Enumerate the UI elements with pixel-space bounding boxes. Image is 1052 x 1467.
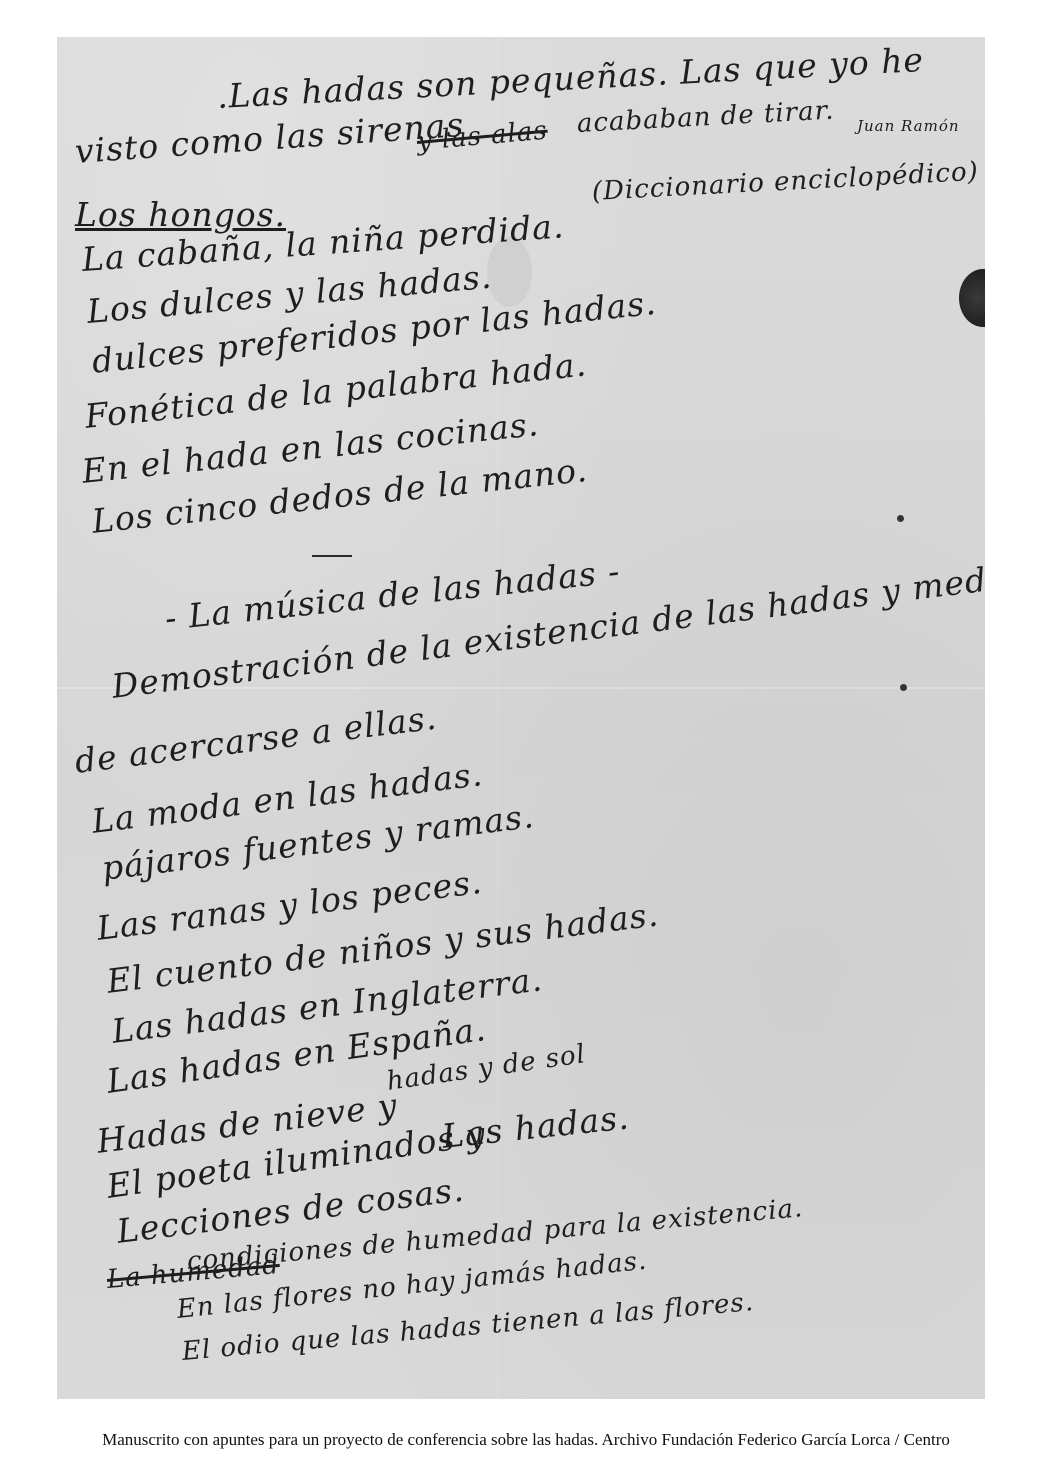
manuscript-image: .Las hadas son pequeñas. Las que yo he v… [57,37,985,1399]
image-caption: Manuscrito con apuntes para un proyecto … [0,1430,1052,1450]
manuscript-line: visto como las sirenas [74,105,466,171]
punch-hole [959,269,985,327]
separator-dash [312,555,352,557]
manuscript-line: acababan de tirar. [576,96,835,139]
manuscript-note: Juan Ramón [857,117,960,135]
manuscript-line: (Diccionario enciclopédico) [591,157,979,207]
ink-dot [900,684,907,691]
ink-dot [897,515,904,522]
